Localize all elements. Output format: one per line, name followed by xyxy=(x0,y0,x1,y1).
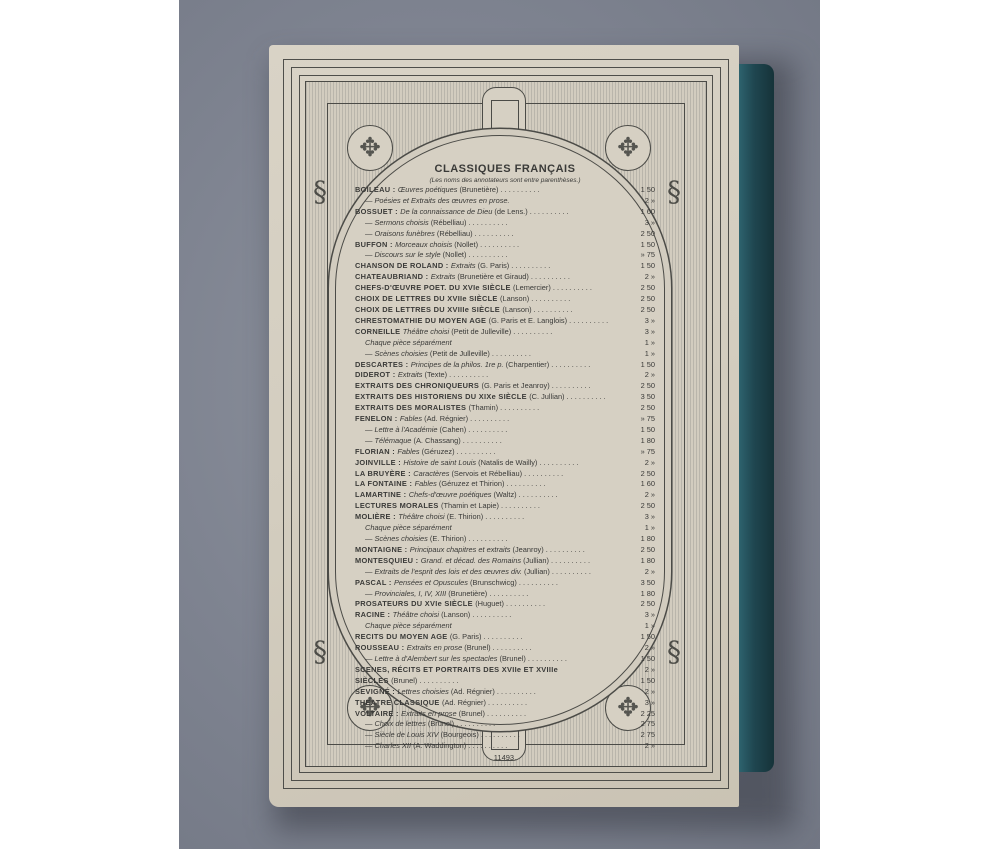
entry-price: 3 » xyxy=(629,218,655,229)
entry-editor: (Rébelliau) . . . . . . . . . . xyxy=(431,218,508,227)
entry-title: — Scènes choisies (Petit de Julleville) … xyxy=(355,349,531,360)
entry-title: — Poésies et Extraits des œuvres en pros… xyxy=(355,196,510,207)
entry-author: VOLTAIRE : xyxy=(355,709,401,718)
entry-author: LA BRUYÈRE : xyxy=(355,469,413,478)
entry-author: LAMARTINE : xyxy=(355,490,409,499)
catalog-code: 11493. xyxy=(355,753,655,762)
entry-editor: (Lanson) . . . . . . . . . . xyxy=(441,610,511,619)
entry-title: BUFFON : Morceaux choisis (Nollet) . . .… xyxy=(355,240,519,251)
catalog-entry: — Poésies et Extraits des œuvres en pros… xyxy=(355,196,655,207)
entry-title: — Oraisons funèbres (Rébelliau) . . . . … xyxy=(355,229,514,240)
entry-price: 2 50 xyxy=(629,283,655,294)
entry-price: 1 60 xyxy=(629,479,655,490)
entry-work: De la connaissance de Dieu xyxy=(400,207,494,216)
entry-author: RECITS DU MOYEN AGE xyxy=(355,632,450,641)
catalog-entries: BOILEAU : Œuvres poétiques (Brunetière) … xyxy=(355,185,655,752)
entry-title: CHOIX DE LETTRES DU XVIIe SIÈCLE (Lanson… xyxy=(355,294,570,305)
entry-work: — Scènes choisies xyxy=(365,534,430,543)
entry-author: SEVIGNÉ : xyxy=(355,687,397,696)
entry-editor: (Petit de Julleville) . . . . . . . . . … xyxy=(451,327,552,336)
entry-work: — Discours sur le style xyxy=(365,250,443,259)
entry-editor: (Brunetière) . . . . . . . . . . xyxy=(459,185,539,194)
entry-price: » 75 xyxy=(629,414,655,425)
entry-title: THEATRE CLASSIQUE (Ad. Régnier) . . . . … xyxy=(355,698,527,709)
entry-title: Chaque pièce séparément xyxy=(355,621,452,632)
catalog-entry: Chaque pièce séparément 1 » xyxy=(355,338,655,349)
entry-work: — Poésies et Extraits des œuvres en pros… xyxy=(365,196,510,205)
entry-title: EXTRAITS DES MORALISTES (Thamin) . . . .… xyxy=(355,403,539,414)
catalog-entry: — Discours sur le style (Nollet) . . . .… xyxy=(355,250,655,261)
entry-editor: (Petit de Julleville) . . . . . . . . . … xyxy=(430,349,531,358)
entry-price: 2 50 xyxy=(629,469,655,480)
entry-title: RACINE : Théâtre choisi (Lanson) . . . .… xyxy=(355,610,511,621)
catalog-entry: FENELON : Fables (Ad. Régnier) . . . . .… xyxy=(355,414,655,425)
entry-price: 2 50 xyxy=(629,501,655,512)
entry-price: 2 » xyxy=(629,458,655,469)
entry-price: 1 » xyxy=(629,338,655,349)
catalog-entry: CHEFS-D'ŒUVRE POET. DU XVIe SIÈCLE (Leme… xyxy=(355,283,655,294)
entry-work: — Sermons choisis xyxy=(365,218,431,227)
entry-title: FLORIAN : Fables (Géruzez) . . . . . . .… xyxy=(355,447,496,458)
entry-price: 1 » xyxy=(629,523,655,534)
catalog-entry: EXTRAITS DES CHRONIQUEURS (G. Paris et J… xyxy=(355,381,655,392)
catalog-entry: PROSATEURS DU XVIe SIÈCLE (Huguet) . . .… xyxy=(355,599,655,610)
catalog-entry: LAMARTINE : Chefs-d'œuvre poétiques (Wal… xyxy=(355,490,655,501)
entry-title: CHEFS-D'ŒUVRE POET. DU XVIe SIÈCLE (Leme… xyxy=(355,283,592,294)
entry-editor: (Jullian) . . . . . . . . . . xyxy=(524,567,591,576)
entry-work: Grand. et décad. des Romains xyxy=(421,556,523,565)
entry-author: RACINE : xyxy=(355,610,393,619)
entry-price: 1 60 xyxy=(629,207,655,218)
catalog-entry: CORNEILLE Théâtre choisi (Petit de Julle… xyxy=(355,327,655,338)
entry-author: CHANSON DE ROLAND : xyxy=(355,261,451,270)
entry-price: 2 » xyxy=(629,490,655,501)
catalog-entry: — Extraits de l'esprit des lois et des œ… xyxy=(355,567,655,578)
entry-price: 2 50 xyxy=(629,294,655,305)
entry-work: Principaux chapitres et extraits xyxy=(410,545,513,554)
entry-price: 1 » xyxy=(629,621,655,632)
entry-title: SIÈCLES (Brunel) . . . . . . . . . . xyxy=(355,676,458,687)
entry-work: — Oraisons funèbres xyxy=(365,229,437,238)
entry-title: — Discours sur le style (Nollet) . . . .… xyxy=(355,250,508,261)
catalog-entry: SEVIGNÉ : Lettres choisies (Ad. Régnier)… xyxy=(355,687,655,698)
entry-work: Extraits en prose xyxy=(407,643,465,652)
entry-price: 3 » xyxy=(629,610,655,621)
entry-price: 1 50 xyxy=(629,360,655,371)
entry-price: 1 50 xyxy=(629,654,655,665)
entry-work: Fables xyxy=(397,447,421,456)
catalog-entry: — Provinciales, I, IV, XIII (Brunetière)… xyxy=(355,589,655,600)
entry-editor: (Brunel) . . . . . . . . . . xyxy=(464,643,531,652)
entry-editor: (Ad. Régnier) . . . . . . . . . . xyxy=(424,414,509,423)
entry-work: Chaque pièce séparément xyxy=(365,338,452,347)
entry-title: SEVIGNÉ : Lettres choisies (Ad. Régnier)… xyxy=(355,687,536,698)
entry-editor: (Huguet) . . . . . . . . . . xyxy=(475,599,545,608)
entry-editor: (Bourgeois) . . . . . . . . . . xyxy=(441,730,520,739)
entry-editor: (G. Paris et Jeanroy) . . . . . . . . . … xyxy=(481,381,590,390)
entry-author: ROUSSEAU : xyxy=(355,643,407,652)
entry-title: DIDEROT : Extraits (Texte) . . . . . . .… xyxy=(355,370,488,381)
entry-editor: (Charpentier) . . . . . . . . . . xyxy=(506,360,591,369)
catalog-entry: EXTRAITS DES MORALISTES (Thamin) . . . .… xyxy=(355,403,655,414)
entry-editor: (Natalis de Wailly) . . . . . . . . . . xyxy=(478,458,578,467)
book-back-cover: ✥ ✥ ✥ ✥ § § § § CLASSIQUES FRANÇAIS (Les… xyxy=(269,45,739,807)
entry-title: CHATEAUBRIAND : Extraits (Brunetière et … xyxy=(355,272,570,283)
entry-work: Fables xyxy=(415,479,439,488)
catalog-entry: MONTAIGNE : Principaux chapitres et extr… xyxy=(355,545,655,556)
entry-title: Chaque pièce séparément xyxy=(355,338,452,349)
entry-title: BOILEAU : Œuvres poétiques (Brunetière) … xyxy=(355,185,540,196)
entry-author: DIDEROT : xyxy=(355,370,398,379)
entry-title: — Sermons choisis (Rébelliau) . . . . . … xyxy=(355,218,508,229)
entry-author: BUFFON : xyxy=(355,240,395,249)
entry-editor: (G. Paris) . . . . . . . . . . xyxy=(478,261,551,270)
entry-editor: (C. Jullian) . . . . . . . . . . xyxy=(529,392,605,401)
entry-editor: (Thamin) . . . . . . . . . . xyxy=(469,403,540,412)
entry-editor: (G. Paris et E. Langlois) . . . . . . . … xyxy=(489,316,609,325)
catalog-entry: — Lettre à d'Alembert sur les spectacles… xyxy=(355,654,655,665)
entry-title: — Scènes choisies (E. Thirion) . . . . .… xyxy=(355,534,507,545)
entry-author: CHATEAUBRIAND : xyxy=(355,272,431,281)
entry-price: 3 » xyxy=(629,698,655,709)
entry-title: — Provinciales, I, IV, XIII (Brunetière)… xyxy=(355,589,528,600)
entry-title: EXTRAITS DES HISTORIENS DU XIXe SIÈCLE (… xyxy=(355,392,606,403)
entry-price: 3 50 xyxy=(629,578,655,589)
entry-price: 2 50 xyxy=(629,229,655,240)
entry-author: LECTURES MORALES xyxy=(355,501,441,510)
entry-price: 2 » xyxy=(629,196,655,207)
entry-title: LA FONTAINE : Fables (Géruzez et Thirion… xyxy=(355,479,546,490)
entry-author: EXTRAITS DES MORALISTES xyxy=(355,403,469,412)
entry-work: Chaque pièce séparément xyxy=(365,523,452,532)
entry-title: LAMARTINE : Chefs-d'œuvre poétiques (Wal… xyxy=(355,490,558,501)
entry-author: SCENES, RÉCITS ET PORTRAITS DES XVIIe ET… xyxy=(355,665,558,674)
entry-title: RECITS DU MOYEN AGE (G. Paris) . . . . .… xyxy=(355,632,523,643)
entry-editor: (Brunel) . . . . . . . . . . xyxy=(500,654,567,663)
scroll-ornament-right-bottom-icon: § xyxy=(667,635,681,668)
entry-author: THEATRE CLASSIQUE xyxy=(355,698,442,707)
entry-price: 2 » xyxy=(629,665,655,676)
entry-work: Théâtre choisi xyxy=(398,512,446,521)
entry-work: Chaque pièce séparément xyxy=(365,621,452,630)
entry-work: Pensées et Opuscules xyxy=(394,578,470,587)
entry-author: CHOIX DE LETTRES DU XVIIe SIÈCLE xyxy=(355,294,500,303)
entry-work: — Choix de lettres xyxy=(365,719,428,728)
catalog-entry: CHOIX DE LETTRES DU XVIIe SIÈCLE (Lanson… xyxy=(355,294,655,305)
entry-editor: (Nollet) . . . . . . . . . . xyxy=(454,240,519,249)
entry-title: CHOIX DE LETTRES DU XVIIIe SIÈCLE (Lanso… xyxy=(355,305,573,316)
entry-editor: (Géruzez) . . . . . . . . . . xyxy=(422,447,496,456)
catalog-entry: — Télémaque (A. Chassang) . . . . . . . … xyxy=(355,436,655,447)
entry-author: EXTRAITS DES CHRONIQUEURS xyxy=(355,381,481,390)
photo-background: ✥ ✥ ✥ ✥ § § § § CLASSIQUES FRANÇAIS (Les… xyxy=(179,0,820,849)
catalog-entry: EXTRAITS DES HISTORIENS DU XIXe SIÈCLE (… xyxy=(355,392,655,403)
catalog-entry: FLORIAN : Fables (Géruzez) . . . . . . .… xyxy=(355,447,655,458)
entry-work: — Provinciales, I, IV, XIII xyxy=(365,589,448,598)
entry-title: BOSSUET : De la connaissance de Dieu (de… xyxy=(355,207,569,218)
entry-editor: (Jeanroy) . . . . . . . . . . xyxy=(513,545,585,554)
catalog-entry: LECTURES MORALES (Thamin et Lapie) . . .… xyxy=(355,501,655,512)
entry-work: Extraits xyxy=(431,272,458,281)
entry-author: CORNEILLE xyxy=(355,327,403,336)
entry-editor: (Cahen) . . . . . . . . . . xyxy=(440,425,508,434)
entry-price: 2 » xyxy=(629,741,655,752)
entry-work: Morceaux choisis xyxy=(395,240,454,249)
entry-editor: (A. Waddington) . . . . . . . . . . xyxy=(413,741,507,750)
entry-editor: (Lanson) . . . . . . . . . . xyxy=(500,294,570,303)
entry-work: Extraits en prose xyxy=(401,709,459,718)
entry-title: JOINVILLE : Histoire de saint Louis (Nat… xyxy=(355,458,578,469)
catalog-entry: MONTESQUIEU : Grand. et décad. des Romai… xyxy=(355,556,655,567)
entry-title: PROSATEURS DU XVIe SIÈCLE (Huguet) . . .… xyxy=(355,599,545,610)
catalog-entry: CHOIX DE LETTRES DU XVIIIe SIÈCLE (Lanso… xyxy=(355,305,655,316)
catalog-entry: Chaque pièce séparément 1 » xyxy=(355,523,655,534)
entry-work: — Siècle de Louis XIV xyxy=(365,730,441,739)
entry-work: Lettres choisies xyxy=(397,687,450,696)
entry-editor: (Brunel) . . . . . . . . . . xyxy=(459,709,526,718)
entry-editor: (E. Thirion) . . . . . . . . . . xyxy=(430,534,507,543)
catalog-entry: — Scènes choisies (Petit de Julleville) … xyxy=(355,349,655,360)
catalog-entry: CHANSON DE ROLAND : Extraits (G. Paris) … xyxy=(355,261,655,272)
entry-editor: (Brunel) . . . . . . . . . . xyxy=(428,719,495,728)
entry-work: — Extraits de l'esprit des lois et des œ… xyxy=(365,567,524,576)
entry-editor: (Servois et Rébelliau) . . . . . . . . .… xyxy=(451,469,563,478)
entry-editor: (Rébelliau) . . . . . . . . . . xyxy=(437,229,514,238)
entry-price: 2 » xyxy=(629,370,655,381)
entry-price: 1 80 xyxy=(629,589,655,600)
catalog-entry: PASCAL : Pensées et Opuscules (Brunschwi… xyxy=(355,578,655,589)
entry-author: MONTESQUIEU : xyxy=(355,556,421,565)
entry-editor: (Brunel) . . . . . . . . . . xyxy=(391,676,458,685)
entry-price: 2 » xyxy=(629,643,655,654)
entry-author: FLORIAN : xyxy=(355,447,397,456)
entry-price: 1 50 xyxy=(629,632,655,643)
entry-price: 2 50 xyxy=(629,545,655,556)
catalog-note: (Les noms des annotateurs sont entre par… xyxy=(355,177,655,184)
entry-price: » 75 xyxy=(629,447,655,458)
catalog-entry: SIÈCLES (Brunel) . . . . . . . . . .1 50 xyxy=(355,676,655,687)
entry-title: — Charles XII (A. Waddington) . . . . . … xyxy=(355,741,507,752)
entry-title: Chaque pièce séparément xyxy=(355,523,452,534)
entry-price: 2 » xyxy=(629,687,655,698)
entry-author: SIÈCLES xyxy=(355,676,391,685)
catalog-title: CLASSIQUES FRANÇAIS xyxy=(355,163,655,175)
entry-price: 2 50 xyxy=(629,599,655,610)
catalog-entry: RECITS DU MOYEN AGE (G. Paris) . . . . .… xyxy=(355,632,655,643)
catalog-entry: Chaque pièce séparément 1 » xyxy=(355,621,655,632)
entry-author: PASCAL : xyxy=(355,578,394,587)
entry-price: 1 80 xyxy=(629,556,655,567)
entry-work: — Charles XII xyxy=(365,741,413,750)
entry-price: 3 » xyxy=(629,316,655,327)
entry-work: Caractères xyxy=(413,469,451,478)
entry-title: MONTESQUIEU : Grand. et décad. des Romai… xyxy=(355,556,590,567)
entry-price: » 75 xyxy=(629,250,655,261)
entry-work: Histoire de saint Louis xyxy=(403,458,478,467)
entry-editor: (Lanson) . . . . . . . . . . xyxy=(502,305,572,314)
entry-author: BOSSUET : xyxy=(355,207,400,216)
entry-author: MONTAIGNE : xyxy=(355,545,410,554)
catalog-entry: SCENES, RÉCITS ET PORTRAITS DES XVIIe ET… xyxy=(355,665,655,676)
entry-title: LECTURES MORALES (Thamin et Lapie) . . .… xyxy=(355,501,540,512)
entry-editor: (A. Chassang) . . . . . . . . . . xyxy=(413,436,501,445)
entry-author: CHOIX DE LETTRES DU XVIIIe SIÈCLE xyxy=(355,305,502,314)
entry-title: MONTAIGNE : Principaux chapitres et extr… xyxy=(355,545,585,556)
entry-author: MOLIÈRE : xyxy=(355,512,398,521)
entry-title: CHANSON DE ROLAND : Extraits (G. Paris) … xyxy=(355,261,550,272)
entry-title: LA BRUYÈRE : Caractères (Servois et Rébe… xyxy=(355,469,563,480)
entry-editor: (Thamin et Lapie) . . . . . . . . . . xyxy=(441,501,540,510)
entry-price: 1 » xyxy=(629,349,655,360)
scroll-ornament-left-icon: § xyxy=(313,175,327,208)
catalog-entry: — Sermons choisis (Rébelliau) . . . . . … xyxy=(355,218,655,229)
entry-price: 1 50 xyxy=(629,676,655,687)
entry-title: — Siècle de Louis XIV (Bourgeois) . . . … xyxy=(355,730,520,741)
entry-author: LA FONTAINE : xyxy=(355,479,415,488)
catalog-entry: MOLIÈRE : Théâtre choisi (E. Thirion) . … xyxy=(355,512,655,523)
entry-title: — Lettre à l'Académie (Cahen) . . . . . … xyxy=(355,425,507,436)
catalog-entry: CHATEAUBRIAND : Extraits (Brunetière et … xyxy=(355,272,655,283)
catalog-entry: JOINVILLE : Histoire de saint Louis (Nat… xyxy=(355,458,655,469)
catalog-entry: RACINE : Théâtre choisi (Lanson) . . . .… xyxy=(355,610,655,621)
entry-title: ROUSSEAU : Extraits en prose (Brunel) . … xyxy=(355,643,532,654)
entry-work: Théâtre choisi xyxy=(393,610,441,619)
catalog-entry: — Scènes choisies (E. Thirion) . . . . .… xyxy=(355,534,655,545)
entry-work: Œuvres poétiques xyxy=(398,185,460,194)
entry-title: FENELON : Fables (Ad. Régnier) . . . . .… xyxy=(355,414,509,425)
entry-price: 2 50 xyxy=(629,381,655,392)
entry-work: — Scènes choisies xyxy=(365,349,430,358)
entry-price: 1 80 xyxy=(629,436,655,447)
entry-editor: (G. Paris) . . . . . . . . . . xyxy=(450,632,523,641)
entry-price: 2 » xyxy=(629,272,655,283)
catalog-entry: THEATRE CLASSIQUE (Ad. Régnier) . . . . … xyxy=(355,698,655,709)
catalog-entry: DESCARTES : Principes de la philos. 1re … xyxy=(355,360,655,371)
entry-editor: (Nollet) . . . . . . . . . . xyxy=(443,250,508,259)
entry-title: CORNEILLE Théâtre choisi (Petit de Julle… xyxy=(355,327,552,338)
entry-editor: (Géruzez et Thirion) . . . . . . . . . . xyxy=(439,479,546,488)
catalog-entry: — Lettre à l'Académie (Cahen) . . . . . … xyxy=(355,425,655,436)
entry-title: DESCARTES : Principes de la philos. 1re … xyxy=(355,360,590,371)
entry-editor: (Jullian) . . . . . . . . . . xyxy=(523,556,590,565)
entry-editor: (Ad. Régnier) . . . . . . . . . . xyxy=(442,698,527,707)
catalog-entry: — Siècle de Louis XIV (Bourgeois) . . . … xyxy=(355,730,655,741)
entry-price: 2 25 xyxy=(629,709,655,720)
entry-editor: (Ad. Régnier) . . . . . . . . . . xyxy=(451,687,536,696)
entry-price: 2 50 xyxy=(629,403,655,414)
entry-author: EXTRAITS DES HISTORIENS DU XIXe SIÈCLE xyxy=(355,392,529,401)
entry-title: — Extraits de l'esprit des lois et des œ… xyxy=(355,567,591,578)
entry-title: VOLTAIRE : Extraits en prose (Brunel) . … xyxy=(355,709,526,720)
catalog-entry: LA BRUYÈRE : Caractères (Servois et Rébe… xyxy=(355,469,655,480)
entry-editor: (Waltz) . . . . . . . . . . xyxy=(494,490,558,499)
entry-price: 2 75 xyxy=(629,730,655,741)
entry-price: 3 » xyxy=(629,512,655,523)
entry-author: PROSATEURS DU XVIe SIÈCLE xyxy=(355,599,475,608)
entry-editor: (Brunetière) . . . . . . . . . . xyxy=(448,589,528,598)
entry-price: 2 75 xyxy=(629,719,655,730)
entry-work: Principes de la philos. 1re p. xyxy=(411,360,506,369)
catalog-entry: CHRESTOMATHIE DU MOYEN AGE (G. Paris et … xyxy=(355,316,655,327)
entry-work: — Télémaque xyxy=(365,436,413,445)
entry-author: CHRESTOMATHIE DU MOYEN AGE xyxy=(355,316,489,325)
entry-title: — Télémaque (A. Chassang) . . . . . . . … xyxy=(355,436,502,447)
entry-work: Extraits xyxy=(398,370,425,379)
entry-author: BOILEAU : xyxy=(355,185,398,194)
entry-author: CHEFS-D'ŒUVRE POET. DU XVIe SIÈCLE xyxy=(355,283,513,292)
entry-editor: (de Lens.) . . . . . . . . . . xyxy=(494,207,568,216)
entry-editor: (Brunschwicg) . . . . . . . . . . xyxy=(470,578,558,587)
catalog-entry: VOLTAIRE : Extraits en prose (Brunel) . … xyxy=(355,709,655,720)
scroll-ornament-right-icon: § xyxy=(667,175,681,208)
entry-work: Théâtre choisi xyxy=(403,327,451,336)
catalog-entry: LA FONTAINE : Fables (Géruzez et Thirion… xyxy=(355,479,655,490)
entry-work: Fables xyxy=(400,414,424,423)
scroll-ornament-left-bottom-icon: § xyxy=(313,635,327,668)
entry-price: 1 50 xyxy=(629,185,655,196)
catalog-entry: — Charles XII (A. Waddington) . . . . . … xyxy=(355,741,655,752)
entry-price: 1 50 xyxy=(629,240,655,251)
entry-author: JOINVILLE : xyxy=(355,458,403,467)
catalog-entry: BUFFON : Morceaux choisis (Nollet) . . .… xyxy=(355,240,655,251)
entry-work: — Lettre à l'Académie xyxy=(365,425,440,434)
entry-title: — Lettre à d'Alembert sur les spectacles… xyxy=(355,654,567,665)
catalog-entry: — Choix de lettres (Brunel) . . . . . . … xyxy=(355,719,655,730)
entry-price: 3 50 xyxy=(629,392,655,403)
entry-title: EXTRAITS DES CHRONIQUEURS (G. Paris et J… xyxy=(355,381,591,392)
entry-title: SCENES, RÉCITS ET PORTRAITS DES XVIIe ET… xyxy=(355,665,558,676)
catalog-entry: BOILEAU : Œuvres poétiques (Brunetière) … xyxy=(355,185,655,196)
entry-author: FENELON : xyxy=(355,414,400,423)
entry-title: — Choix de lettres (Brunel) . . . . . . … xyxy=(355,719,495,730)
entry-price: 2 » xyxy=(629,567,655,578)
entry-price: 1 50 xyxy=(629,261,655,272)
entry-work: Chefs-d'œuvre poétiques xyxy=(409,490,494,499)
catalog-entry: ROUSSEAU : Extraits en prose (Brunel) . … xyxy=(355,643,655,654)
entry-editor: (Brunetière et Giraud) . . . . . . . . .… xyxy=(457,272,570,281)
entry-price: 1 80 xyxy=(629,534,655,545)
catalog-entry: DIDEROT : Extraits (Texte) . . . . . . .… xyxy=(355,370,655,381)
catalog-text: CLASSIQUES FRANÇAIS (Les noms des annota… xyxy=(355,163,655,762)
entry-work: — Lettre à d'Alembert sur les spectacles xyxy=(365,654,500,663)
entry-work: Extraits xyxy=(451,261,478,270)
entry-title: MOLIÈRE : Théâtre choisi (E. Thirion) . … xyxy=(355,512,524,523)
catalog-entry: — Oraisons funèbres (Rébelliau) . . . . … xyxy=(355,229,655,240)
entry-price: 3 » xyxy=(629,327,655,338)
entry-editor: (Texte) . . . . . . . . . . xyxy=(425,370,489,379)
entry-title: CHRESTOMATHIE DU MOYEN AGE (G. Paris et … xyxy=(355,316,608,327)
entry-price: 2 50 xyxy=(629,305,655,316)
entry-price: 1 50 xyxy=(629,425,655,436)
entry-title: PASCAL : Pensées et Opuscules (Brunschwi… xyxy=(355,578,558,589)
entry-author: DESCARTES : xyxy=(355,360,411,369)
entry-editor: (E. Thirion) . . . . . . . . . . xyxy=(447,512,524,521)
entry-editor: (Lemercier) . . . . . . . . . . xyxy=(513,283,592,292)
catalog-entry: BOSSUET : De la connaissance de Dieu (de… xyxy=(355,207,655,218)
